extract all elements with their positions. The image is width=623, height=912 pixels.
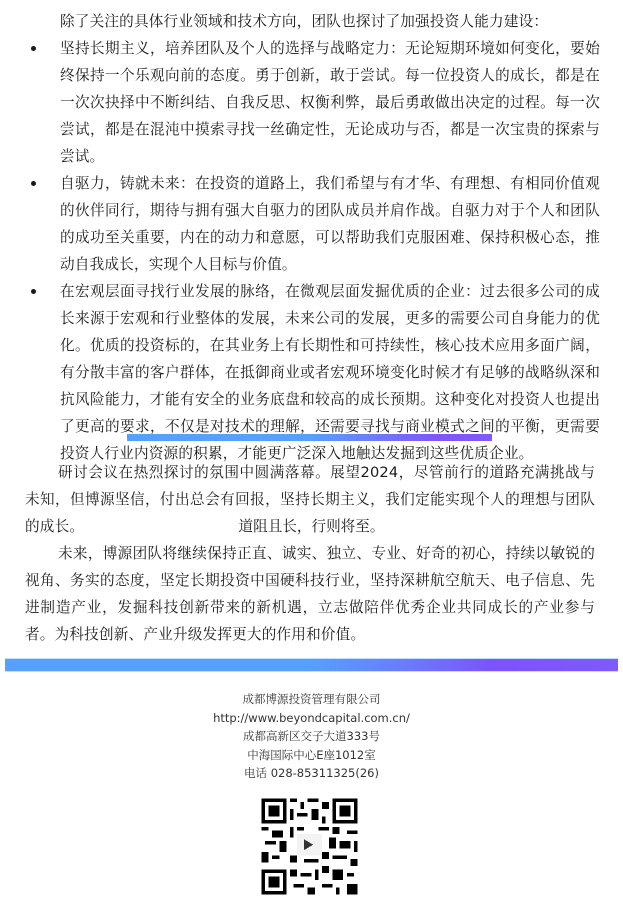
website-link[interactable]: http://www.beyondcapital.com.cn/	[0, 709, 623, 728]
address-line-1: 成都高新区交子大道333号	[0, 727, 623, 746]
qr-code-icon	[258, 795, 361, 898]
bullet-icon	[31, 181, 36, 186]
address-line-2: 中海国际中心E座1012室	[0, 746, 623, 765]
company-name: 成都博源投资管理有限公司	[0, 690, 623, 709]
phone-number: 电话 028-85311325(26)	[0, 764, 623, 783]
bullet-icon	[31, 289, 36, 294]
future-paragraph: 未来，博源团队将继续保持正直、诚实、独立、专业、好奇的初心，持续以敏锐的视角、务…	[25, 540, 595, 648]
gradient-divider	[127, 434, 492, 441]
company-footer: 成都博源投资管理有限公司 http://www.beyondcapital.co…	[0, 690, 623, 783]
capability-list: 坚持长期主义，培养团队及个人的选择与战略定力：无论短期环境如何变化，要始终保持一…	[0, 35, 623, 467]
list-item: 自驱力，铸就未来：在投资的道路上，我们希望与有才华、有理想、有相同价值观的伙伴同…	[0, 170, 600, 278]
list-item-text: 自驱力，铸就未来：在投资的道路上，我们希望与有才华、有理想、有相同价值观的伙伴同…	[60, 175, 600, 273]
bullet-icon	[31, 46, 36, 51]
list-item: 坚持长期主义，培养团队及个人的选择与战略定力：无论短期环境如何变化，要始终保持一…	[0, 35, 600, 170]
list-item-text: 坚持长期主义，培养团队及个人的选择与战略定力：无论短期环境如何变化，要始终保持一…	[60, 40, 600, 165]
footer-divider	[5, 659, 618, 671]
intro-text: 除了关注的具体行业领域和技术方向，团队也探讨了加强投资人能力建设：	[60, 8, 600, 35]
motto: 道阻且长，行则将至。	[0, 513, 623, 540]
